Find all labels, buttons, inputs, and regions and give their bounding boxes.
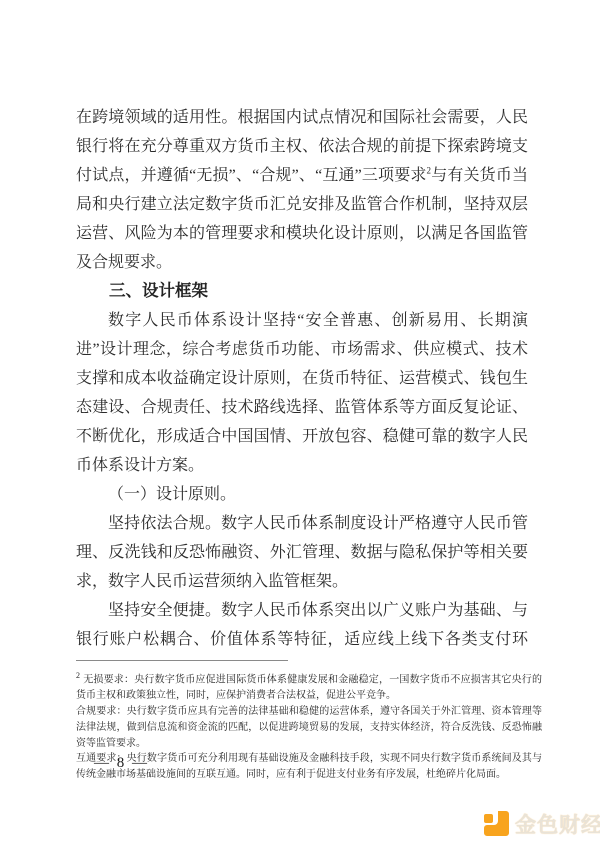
jinse-brand-text: 金色财经 <box>515 809 600 839</box>
subsection-heading-design-principles: （一）设计原则。 <box>76 480 528 509</box>
jinse-finance-watermark: 金色财经 <box>484 809 600 839</box>
paragraph-legal-compliance: 坚持依法合规。数字人民币体系制度设计严格遵守人民币管理、反洗钱和反恐怖融资、外汇… <box>76 509 528 596</box>
page-number: — 8 — <box>94 755 149 772</box>
footnote-marker: 2 <box>76 671 80 680</box>
paragraph-design-concept: 数字人民币体系设计坚持“安全普惠、创新易用、长期演进”设计理念，综合考虑货币功能… <box>76 306 528 480</box>
footnote-item-compliance: 合规要求：央行数字货币应具有完善的法律基础和稳健的运营体系，遵守各国关于外汇管理… <box>76 704 542 751</box>
paragraph-crossborder: 在跨境领域的适用性。根据国内试点情况和国际社会需要，人民银行将在充分尊重双方货币… <box>76 103 528 277</box>
footnote-text: 无损要求：央行数字货币应促进国际货币体系健康发展和金融稳定，一国数字货币不应损害… <box>76 674 542 701</box>
document-body: 在跨境领域的适用性。根据国内试点情况和国际社会需要，人民银行将在充分尊重双方货币… <box>76 103 528 659</box>
document-page: 在跨境领域的适用性。根据国内试点情况和国际社会需要，人民银行将在充分尊重双方货币… <box>0 0 600 849</box>
section-heading-design-framework: 三、设计框架 <box>76 277 528 306</box>
footnote-item-no-harm: 2无损要求：央行数字货币应促进国际货币体系健康发展和金融稳定，一国数字货币不应损… <box>76 668 542 704</box>
footnote-separator <box>76 660 288 661</box>
jinse-logo-icon <box>484 811 510 837</box>
paragraph-safety-convenience: 坚持安全便捷。数字人民币体系突出以广义账户为基础、与银行账户松耦合、价值体系等特… <box>76 596 528 659</box>
